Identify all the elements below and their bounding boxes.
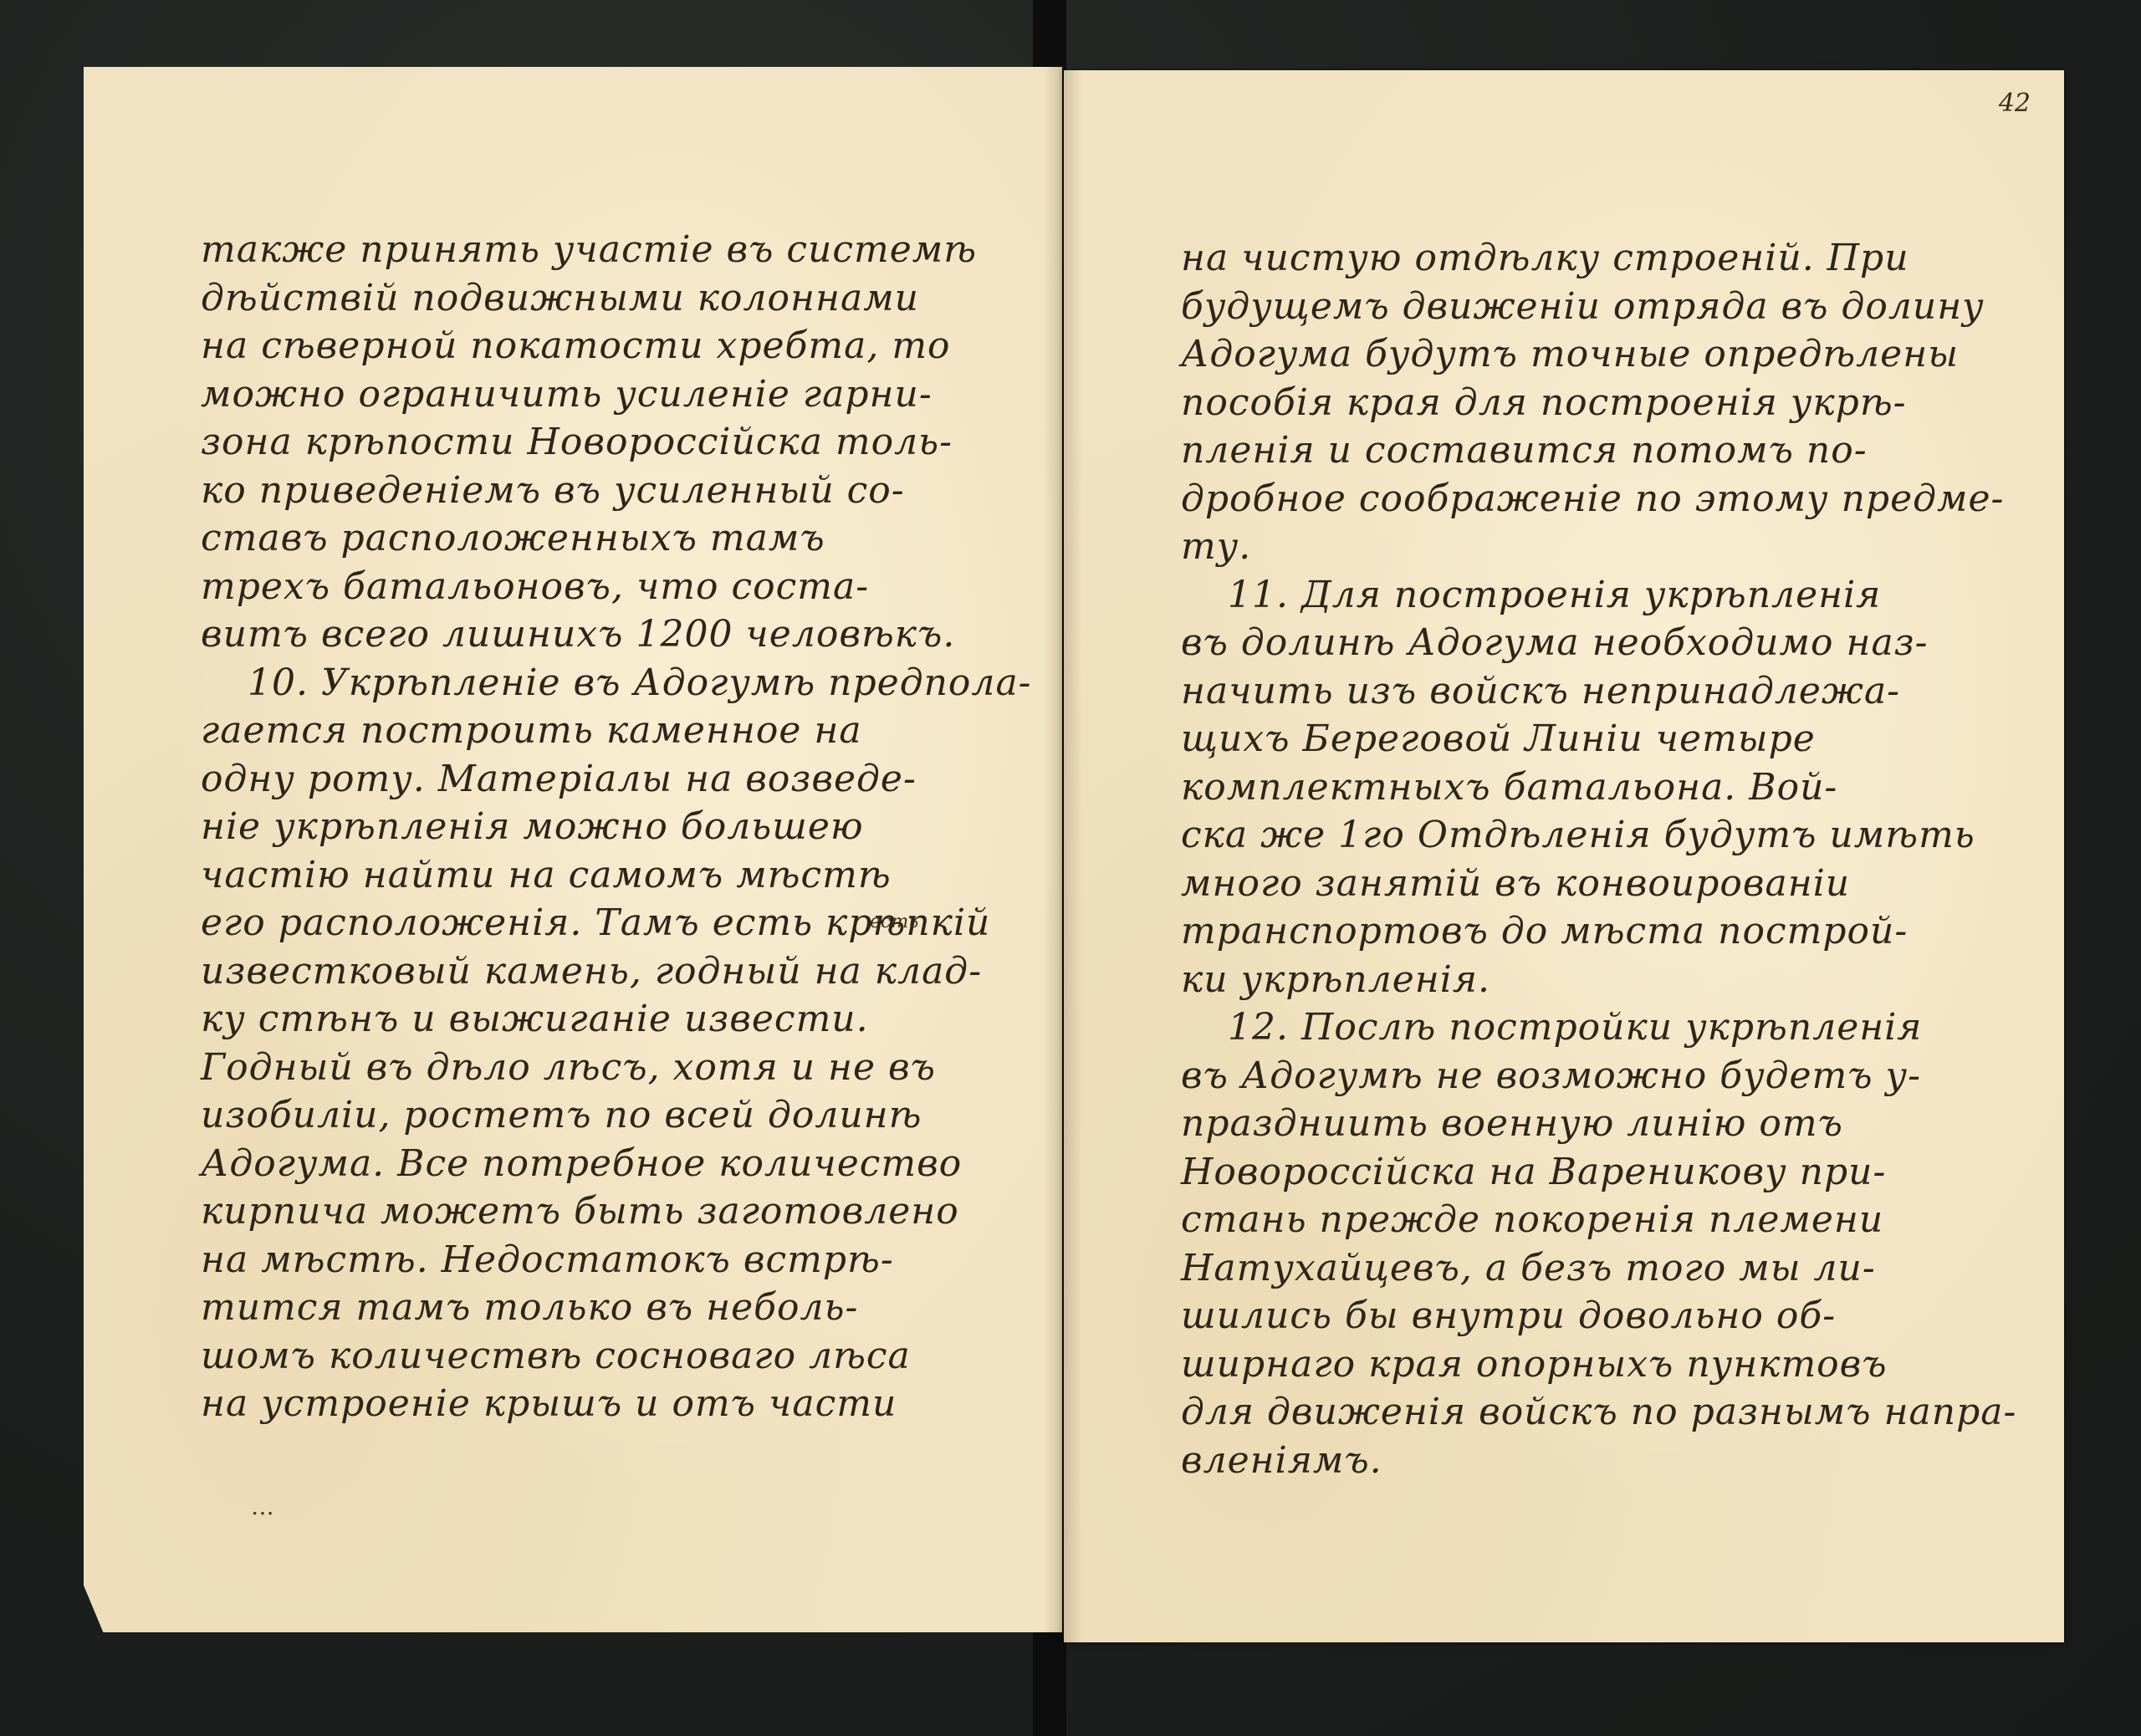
stray-ink-mark: ‥.: [251, 1493, 274, 1520]
text-line: частію найти на самомъ мѣстѣ: [201, 851, 1054, 900]
text-line: ніе укрѣпленія можно большею: [201, 803, 1054, 851]
text-line: Натухайцевъ, а безъ того мы ли-: [1181, 1244, 2034, 1293]
text-line: транспортовъ до мѣста построй-: [1181, 907, 2034, 956]
paragraph-10-start: 10. Укрѣпленіе въ Адогумѣ предпола-: [201, 659, 1054, 707]
paragraph-12-start: 12. Послѣ постройки укрѣпленія: [1181, 1003, 2034, 1052]
text-line: стань прежде покоренія племени: [1181, 1196, 2034, 1244]
text-line: Новороссійска на Вареникову при-: [1181, 1148, 2034, 1197]
text-line: дробное соображеніе по этому предме-: [1181, 475, 2034, 523]
text-line: вленіямъ.: [1181, 1437, 2034, 1485]
right-page-text: на чистую отдѣлку строеній. При будущемъ…: [1181, 234, 2034, 1484]
text-line: можно ограничить усиленіе гарни-: [201, 370, 1054, 419]
text-line: гается построить каменное на: [201, 707, 1054, 755]
paragraph-11-start: 11. Для построенія укрѣпленія: [1181, 571, 2034, 620]
text-line: ширнаго края опорныхъ пунктовъ: [1181, 1340, 2034, 1389]
text-line: трехъ батальоновъ, что соста-: [201, 563, 1054, 611]
text-line: известковый камень, годный на клад-: [201, 947, 1054, 996]
text-line: шомъ количествѣ сосноваго лѣса: [201, 1332, 1054, 1381]
text-line: витъ всего лишнихъ 1200 человѣкъ.: [201, 610, 1054, 659]
text-line: щихъ Береговой Линіи четыре: [1181, 715, 2034, 763]
text-line: для движенія войскъ по разнымъ напра-: [1181, 1388, 2034, 1437]
text-line: изобиліи, ростетъ по всей долинѣ: [201, 1091, 1054, 1140]
text-line: ту.: [1181, 523, 2034, 571]
text-line: начить изъ войскъ непринадлежа-: [1181, 667, 2034, 716]
text-line: ко приведеніемъ въ усиленный со-: [201, 467, 1054, 515]
text-line: тится тамъ только въ неболь-: [201, 1284, 1054, 1332]
text-line: будущемъ движеніи отряда въ долину: [1181, 283, 2034, 331]
text-line: ставъ расположенныхъ тамъ: [201, 514, 1054, 563]
text-line: на устроеніе крышъ и отъ части: [201, 1380, 1054, 1428]
text-line: на сѣверной покатости хребта, то: [201, 322, 1054, 370]
text-line: на чистую отдѣлку строеній. При: [1181, 234, 2034, 283]
text-line: его расположенія. Тамъ есть крѣпкій: [201, 899, 1054, 947]
text-line: ки укрѣпленія.: [1181, 956, 2034, 1004]
text-line: Адогума будутъ точные опредѣлены: [1181, 330, 2034, 379]
folio-number: 42: [1999, 89, 2031, 118]
text-line: на мѣстѣ. Недостатокъ встрѣ-: [201, 1236, 1054, 1284]
text-line: ку стѣнъ и выжиганіе извести.: [201, 995, 1054, 1044]
text-line: пособія края для построенія укрѣ-: [1181, 379, 2034, 427]
left-page: также принять участіе въ системѣ дѣйстві…: [84, 67, 1062, 1632]
text-line: ска же 1го Отдѣленія будутъ имѣть: [1181, 811, 2034, 860]
text-line: шились бы внутри довольно об-: [1181, 1292, 2034, 1340]
text-line: пленія и составится потомъ по-: [1181, 426, 2034, 475]
text-line: много занятій въ конвоированіи: [1181, 860, 2034, 908]
text-line: кирпича можетъ быть заготовлено: [201, 1187, 1054, 1236]
text-line: зона крѣпости Новороссійска толь-: [201, 418, 1054, 467]
text-line: праздниить военную линію отъ: [1181, 1100, 2034, 1148]
text-line: одну роту. Матеріалы на возведе-: [201, 755, 1054, 804]
text-line: въ долинѣ Адогума необходимо наз-: [1181, 619, 2034, 667]
text-line: дѣйствій подвижными колоннами: [201, 274, 1054, 323]
right-page: 42 на чистую отдѣлку строеній. При будущ…: [1064, 70, 2064, 1642]
text-line: комплектныхъ батальона. Вой-: [1181, 763, 2034, 812]
text-line: Адогума. Все потребное количество: [201, 1140, 1054, 1188]
left-page-text: также принять участіе въ системѣ дѣйстві…: [201, 226, 1054, 1428]
text-line: также принять участіе въ системѣ: [201, 226, 1054, 274]
text-line: въ Адогумѣ не возможно будетъ у-: [1181, 1052, 2034, 1100]
text-line: Годный въ дѣло лѣсъ, хотя и не въ: [201, 1044, 1054, 1092]
page-crease-shadow: [1064, 70, 1082, 1642]
scan-background: также принять участіе въ системѣ дѣйстві…: [0, 0, 2141, 1736]
interlinear-annotation: есть: [870, 911, 918, 932]
